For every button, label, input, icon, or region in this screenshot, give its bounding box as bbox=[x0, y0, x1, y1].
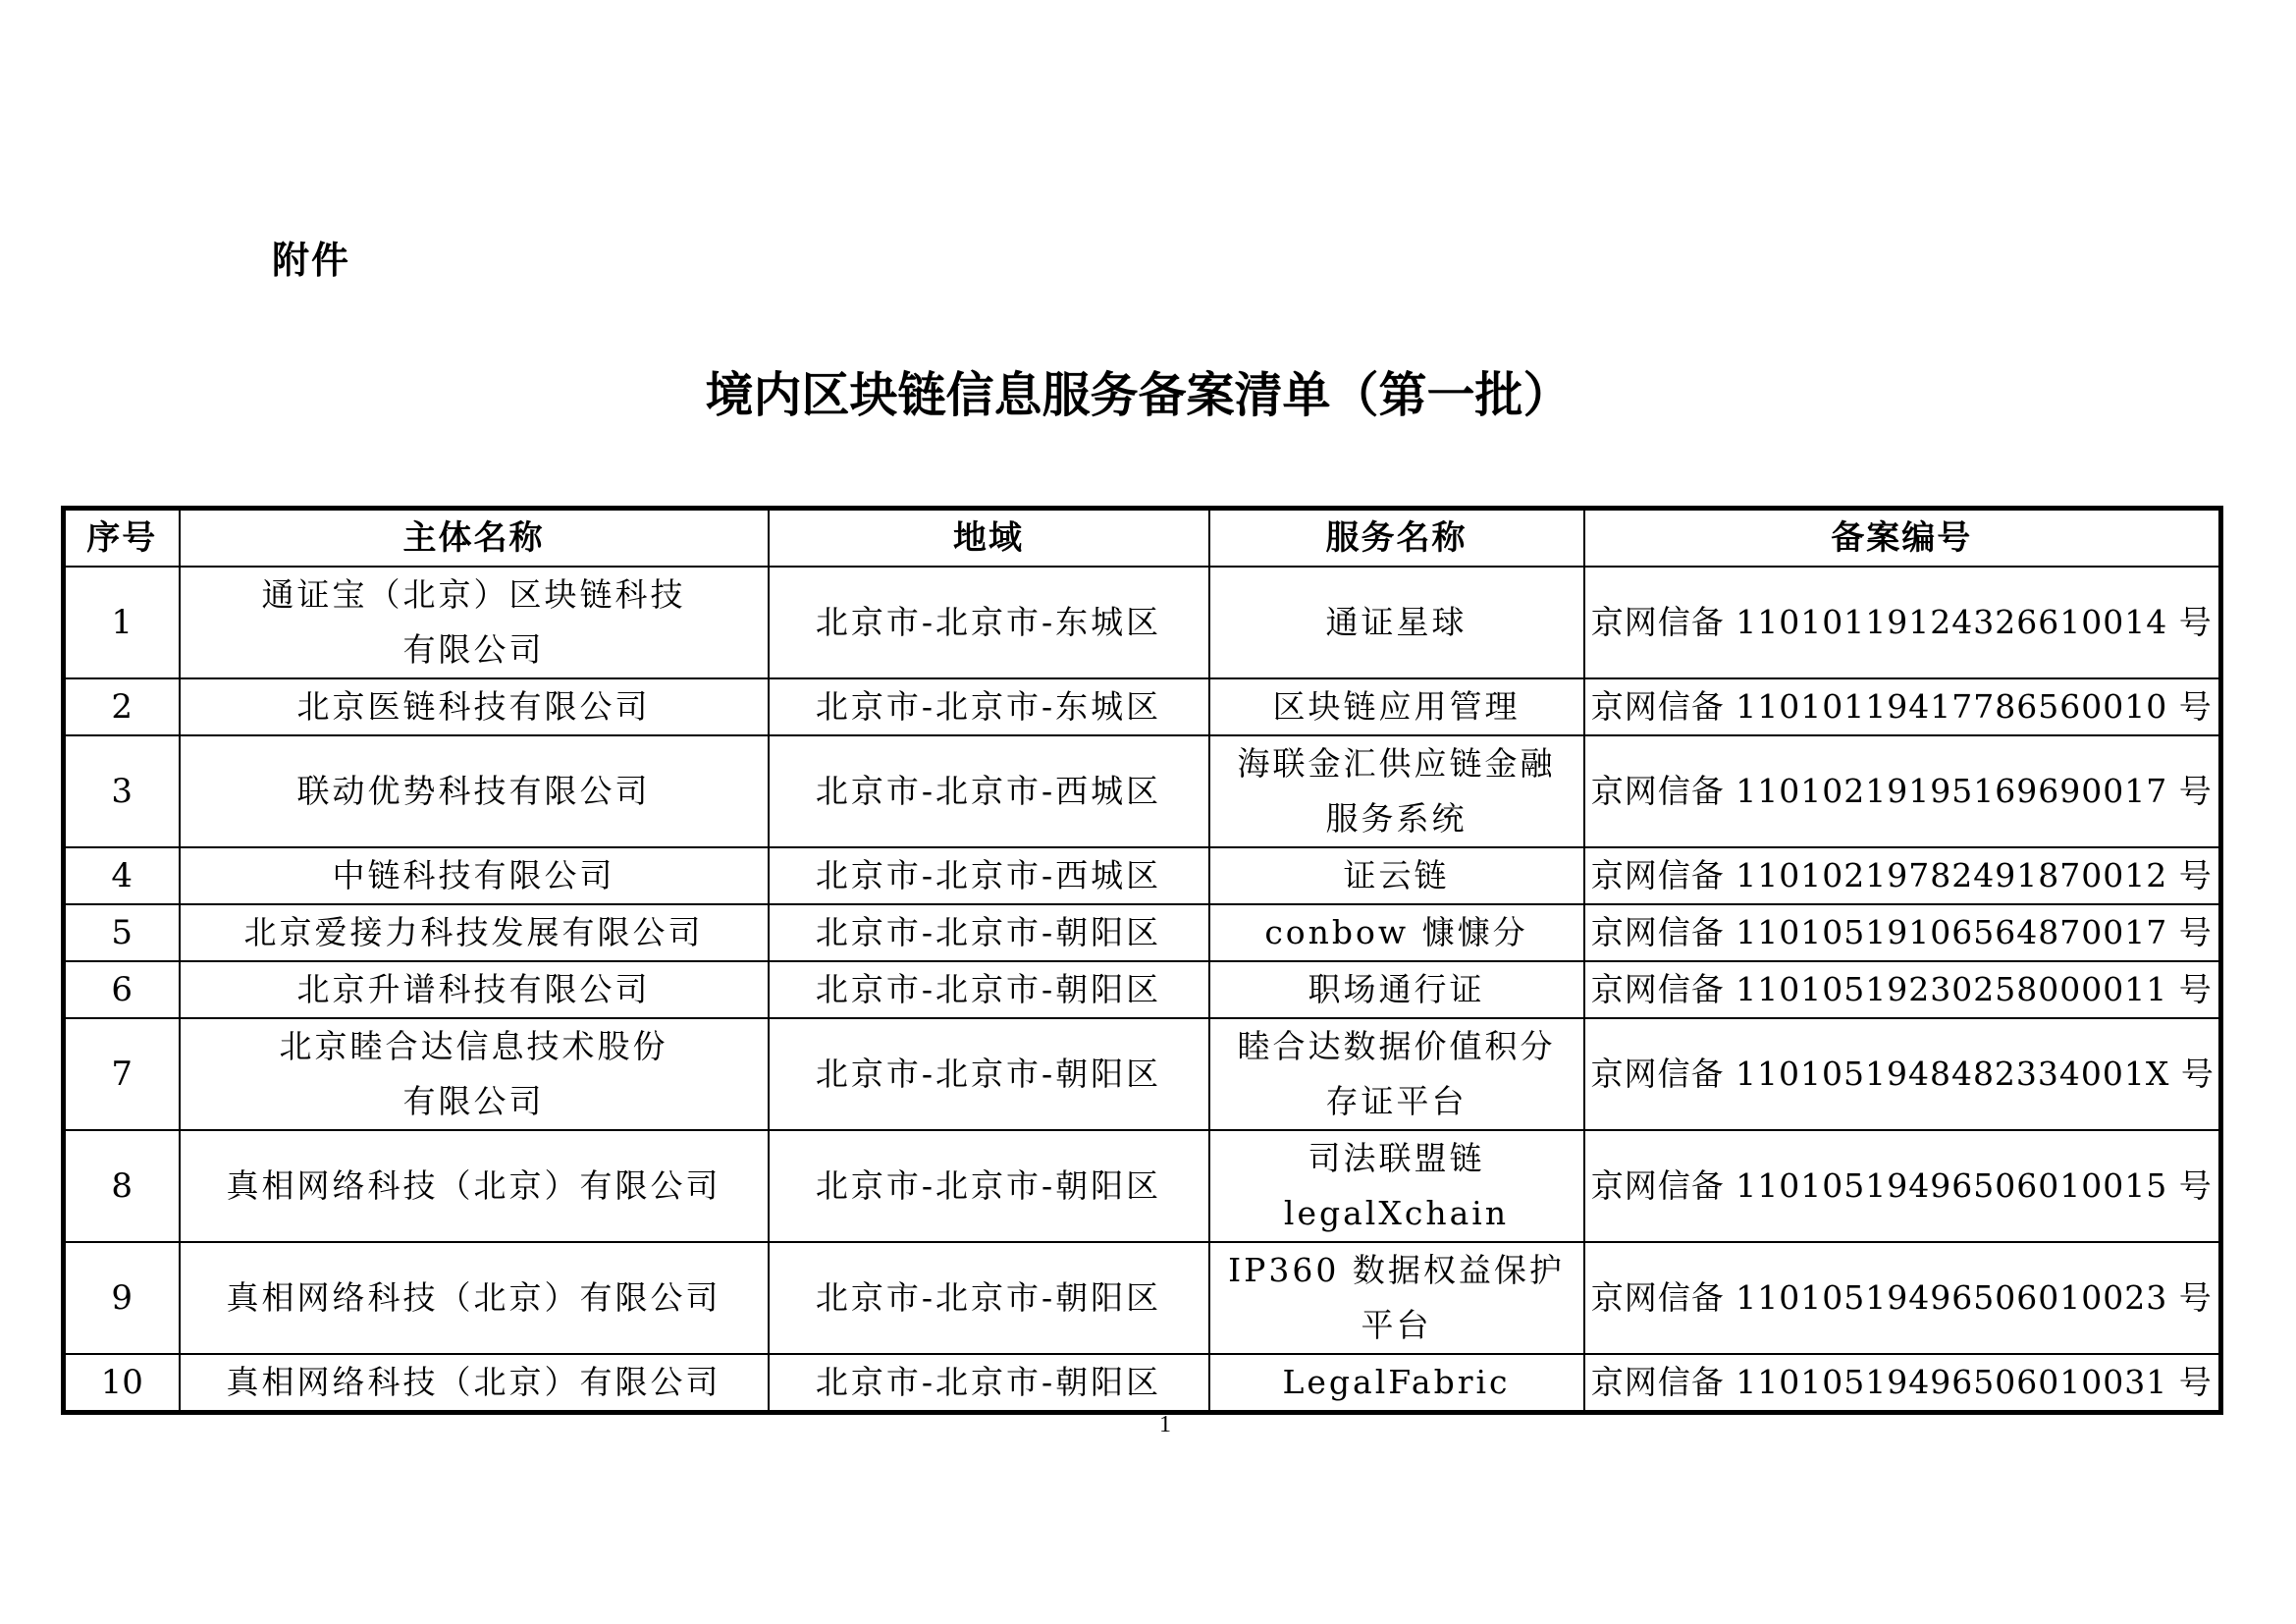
table-row: 7 北京睦合达信息技术股份有限公司 北京市-北京市-朝阳区 睦合达数据价值积分存… bbox=[64, 1018, 2221, 1130]
entity-name: 北京睦合达信息技术股份有限公司 bbox=[180, 1018, 769, 1130]
column-header-service: 服务名称 bbox=[1209, 509, 1584, 568]
service-name-line: legalXchain bbox=[1216, 1186, 1577, 1241]
service-name-line: LegalFabric bbox=[1216, 1355, 1577, 1410]
service-name: conbow 慷慷分 bbox=[1209, 904, 1584, 961]
region: 北京市-北京市-朝阳区 bbox=[769, 961, 1209, 1018]
table-header-row: 序号 主体名称 地域 服务名称 备案编号 bbox=[64, 509, 2221, 568]
filing-number: 京网信备 11010519496506010031 号 bbox=[1584, 1354, 2221, 1413]
service-name-line: 通证星球 bbox=[1216, 595, 1577, 650]
service-name-line: 平台 bbox=[1216, 1298, 1577, 1353]
row-index: 7 bbox=[64, 1018, 180, 1130]
table-row: 4 中链科技有限公司 北京市-北京市-西城区 证云链 京网信备 11010219… bbox=[64, 847, 2221, 904]
entity-name: 北京升谱科技有限公司 bbox=[180, 961, 769, 1018]
registry-table: 序号 主体名称 地域 服务名称 备案编号 1 通证宝（北京）区块链科技有限公司 … bbox=[61, 506, 2223, 1415]
filing-number: 京网信备 11010219195169690017 号 bbox=[1584, 735, 2221, 847]
service-name: LegalFabric bbox=[1209, 1354, 1584, 1413]
service-name: 司法联盟链legalXchain bbox=[1209, 1130, 1584, 1242]
entity-name: 真相网络科技（北京）有限公司 bbox=[180, 1130, 769, 1242]
region: 北京市-北京市-东城区 bbox=[769, 678, 1209, 735]
filing-number: 京网信备 11010119124326610014 号 bbox=[1584, 567, 2221, 678]
filing-number: 京网信备 11010119417786560010 号 bbox=[1584, 678, 2221, 735]
region: 北京市-北京市-朝阳区 bbox=[769, 1242, 1209, 1354]
entity-name-line: 联动优势科技有限公司 bbox=[187, 764, 762, 819]
table-row: 10 真相网络科技（北京）有限公司 北京市-北京市-朝阳区 LegalFabri… bbox=[64, 1354, 2221, 1413]
service-name-line: 存证平台 bbox=[1216, 1074, 1577, 1129]
entity-name: 通证宝（北京）区块链科技有限公司 bbox=[180, 567, 769, 678]
row-index: 4 bbox=[64, 847, 180, 904]
entity-name-line: 通证宝（北京）区块链科技 bbox=[187, 568, 762, 623]
service-name-line: IP360 数据权益保护 bbox=[1216, 1243, 1577, 1298]
service-name: 通证星球 bbox=[1209, 567, 1584, 678]
entity-name-line: 真相网络科技（北京）有限公司 bbox=[187, 1271, 762, 1326]
row-index: 3 bbox=[64, 735, 180, 847]
entity-name-line: 真相网络科技（北京）有限公司 bbox=[187, 1355, 762, 1410]
filing-number: 京网信备 11010519230258000011 号 bbox=[1584, 961, 2221, 1018]
service-name: 证云链 bbox=[1209, 847, 1584, 904]
service-name-line: 区块链应用管理 bbox=[1216, 679, 1577, 734]
table-row: 3 联动优势科技有限公司 北京市-北京市-西城区 海联金汇供应链金融服务系统 京… bbox=[64, 735, 2221, 847]
column-header-region: 地域 bbox=[769, 509, 1209, 568]
entity-name-line: 北京爱接力科技发展有限公司 bbox=[187, 905, 762, 960]
column-header-filing-number: 备案编号 bbox=[1584, 509, 2221, 568]
service-name: 海联金汇供应链金融服务系统 bbox=[1209, 735, 1584, 847]
service-name-line: 服务系统 bbox=[1216, 791, 1577, 846]
service-name-line: 海联金汇供应链金融 bbox=[1216, 736, 1577, 791]
entity-name-line: 真相网络科技（北京）有限公司 bbox=[187, 1159, 762, 1214]
filing-number: 京网信备 1101051948482334001X 号 bbox=[1584, 1018, 2221, 1130]
row-index: 9 bbox=[64, 1242, 180, 1354]
filing-number: 京网信备 11010519106564870017 号 bbox=[1584, 904, 2221, 961]
service-name-line: 证云链 bbox=[1216, 848, 1577, 903]
service-name: IP360 数据权益保护平台 bbox=[1209, 1242, 1584, 1354]
column-header-entity: 主体名称 bbox=[180, 509, 769, 568]
row-index: 8 bbox=[64, 1130, 180, 1242]
region: 北京市-北京市-朝阳区 bbox=[769, 1018, 1209, 1130]
entity-name-line: 有限公司 bbox=[187, 1074, 762, 1129]
service-name: 睦合达数据价值积分存证平台 bbox=[1209, 1018, 1584, 1130]
service-name: 职场通行证 bbox=[1209, 961, 1584, 1018]
table-row: 1 通证宝（北京）区块链科技有限公司 北京市-北京市-东城区 通证星球 京网信备… bbox=[64, 567, 2221, 678]
region: 北京市-北京市-朝阳区 bbox=[769, 1354, 1209, 1413]
table-row: 6 北京升谱科技有限公司 北京市-北京市-朝阳区 职场通行证 京网信备 1101… bbox=[64, 961, 2221, 1018]
row-index: 2 bbox=[64, 678, 180, 735]
filing-number: 京网信备 11010519496506010015 号 bbox=[1584, 1130, 2221, 1242]
region: 北京市-北京市-西城区 bbox=[769, 735, 1209, 847]
filing-number: 京网信备 11010219782491870012 号 bbox=[1584, 847, 2221, 904]
table-row: 2 北京医链科技有限公司 北京市-北京市-东城区 区块链应用管理 京网信备 11… bbox=[64, 678, 2221, 735]
row-index: 6 bbox=[64, 961, 180, 1018]
service-name-line: 职场通行证 bbox=[1216, 962, 1577, 1017]
entity-name-line: 中链科技有限公司 bbox=[187, 848, 762, 903]
service-name-line: conbow 慷慷分 bbox=[1216, 905, 1577, 960]
entity-name: 北京医链科技有限公司 bbox=[180, 678, 769, 735]
region: 北京市-北京市-西城区 bbox=[769, 847, 1209, 904]
entity-name: 联动优势科技有限公司 bbox=[180, 735, 769, 847]
entity-name-line: 北京医链科技有限公司 bbox=[187, 679, 762, 734]
entity-name-line: 北京睦合达信息技术股份 bbox=[187, 1019, 762, 1074]
entity-name-line: 有限公司 bbox=[187, 623, 762, 677]
entity-name: 真相网络科技（北京）有限公司 bbox=[180, 1354, 769, 1413]
table-row: 5 北京爱接力科技发展有限公司 北京市-北京市-朝阳区 conbow 慷慷分 京… bbox=[64, 904, 2221, 961]
entity-name: 中链科技有限公司 bbox=[180, 847, 769, 904]
row-index: 5 bbox=[64, 904, 180, 961]
table-row: 8 真相网络科技（北京）有限公司 北京市-北京市-朝阳区 司法联盟链legalX… bbox=[64, 1130, 2221, 1242]
service-name-line: 司法联盟链 bbox=[1216, 1131, 1577, 1186]
page-number: 1 bbox=[1150, 1410, 1180, 1439]
row-index: 1 bbox=[64, 567, 180, 678]
entity-name-line: 北京升谱科技有限公司 bbox=[187, 962, 762, 1017]
column-header-index: 序号 bbox=[64, 509, 180, 568]
entity-name: 北京爱接力科技发展有限公司 bbox=[180, 904, 769, 961]
row-index: 10 bbox=[64, 1354, 180, 1413]
service-name: 区块链应用管理 bbox=[1209, 678, 1584, 735]
table-row: 9 真相网络科技（北京）有限公司 北京市-北京市-朝阳区 IP360 数据权益保… bbox=[64, 1242, 2221, 1354]
attachment-label: 附件 bbox=[272, 236, 350, 285]
service-name-line: 睦合达数据价值积分 bbox=[1216, 1019, 1577, 1074]
region: 北京市-北京市-朝阳区 bbox=[769, 904, 1209, 961]
region: 北京市-北京市-朝阳区 bbox=[769, 1130, 1209, 1242]
region: 北京市-北京市-东城区 bbox=[769, 567, 1209, 678]
filing-number: 京网信备 11010519496506010023 号 bbox=[1584, 1242, 2221, 1354]
document-title: 境内区块链信息服务备案清单（第一批） bbox=[0, 363, 2286, 426]
entity-name: 真相网络科技（北京）有限公司 bbox=[180, 1242, 769, 1354]
